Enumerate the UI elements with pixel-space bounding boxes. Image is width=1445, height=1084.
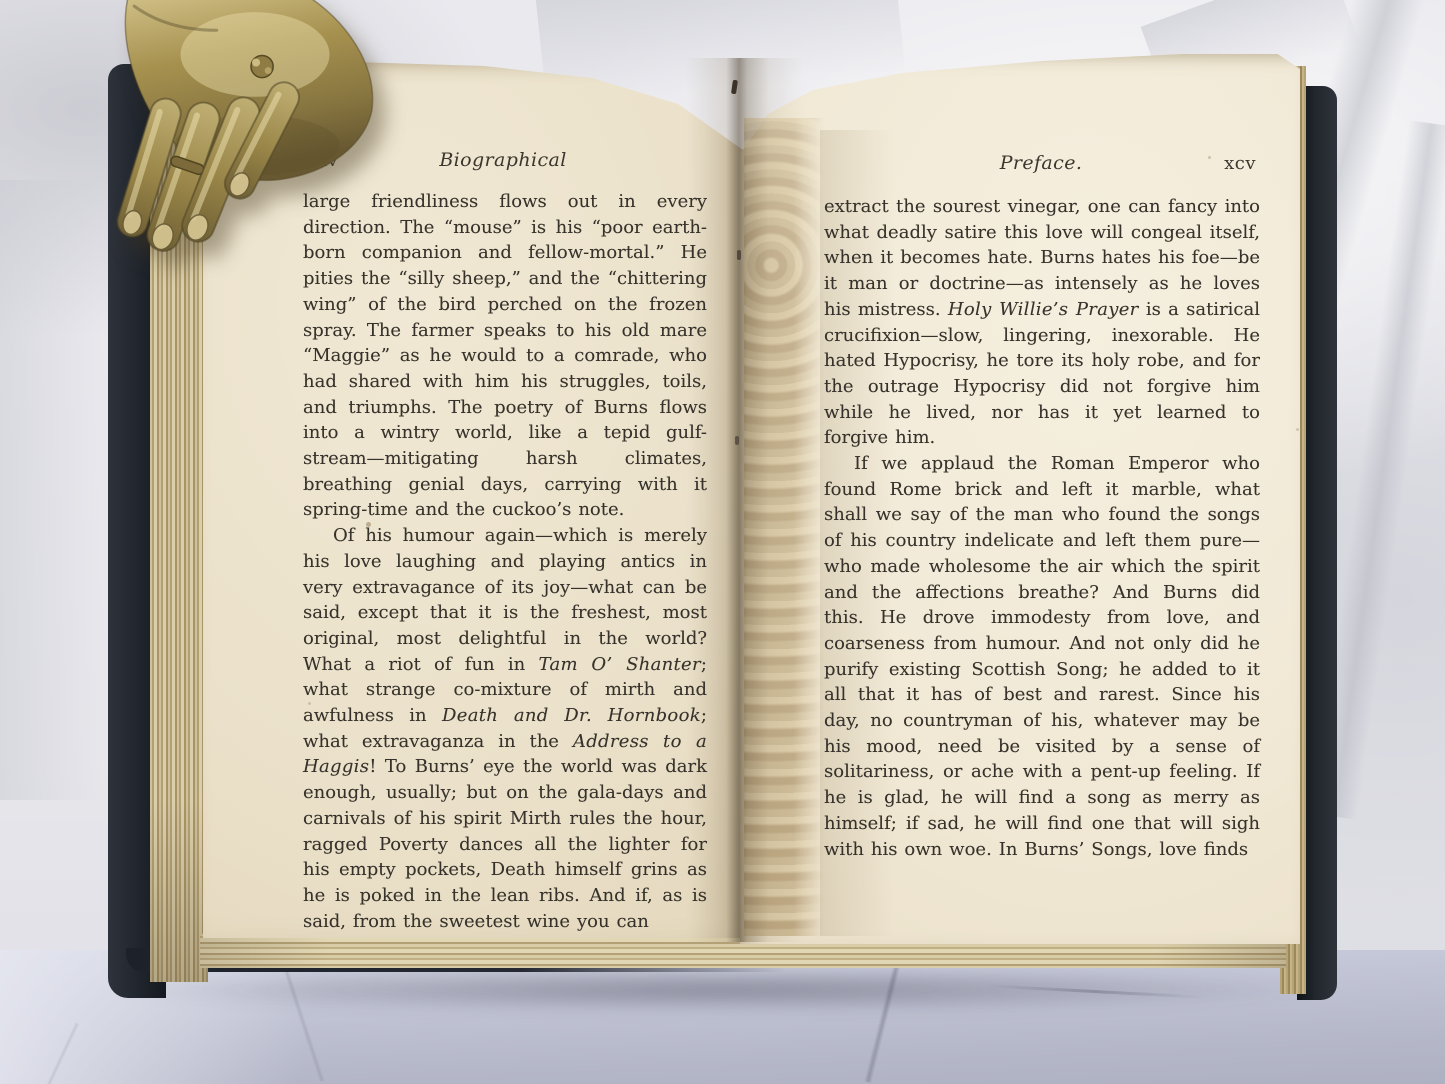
binding-mark bbox=[737, 250, 741, 260]
binding-mark bbox=[735, 436, 739, 445]
paragraph: Of his humour again—which is merely his … bbox=[303, 523, 707, 934]
left-page-text: large friendliness flows out in every di… bbox=[303, 189, 707, 934]
photograph-of-open-book: xciv Biographical large friendliness flo… bbox=[0, 0, 1445, 1084]
paragraph: extract the sourest vinegar, one can fan… bbox=[824, 194, 1260, 451]
right-page-text: extract the sourest vinegar, one can fan… bbox=[824, 194, 1260, 862]
page-number-right: xcv bbox=[1224, 153, 1256, 174]
running-title-right: Preface. bbox=[822, 152, 1260, 174]
cloth-crease bbox=[45, 1022, 79, 1084]
binding-mark bbox=[731, 80, 738, 95]
ornate-ring bbox=[251, 55, 273, 77]
brass-hand-ornament bbox=[104, 0, 396, 274]
tissue-crease bbox=[0, 180, 100, 800]
right-page-header: Preface. xcv bbox=[822, 152, 1260, 178]
paragraph: If we applaud the Roman Emperor who foun… bbox=[824, 451, 1260, 862]
foxing-speck bbox=[1296, 428, 1299, 431]
book-shadow bbox=[120, 968, 1320, 1012]
palm-highlight bbox=[181, 12, 330, 97]
